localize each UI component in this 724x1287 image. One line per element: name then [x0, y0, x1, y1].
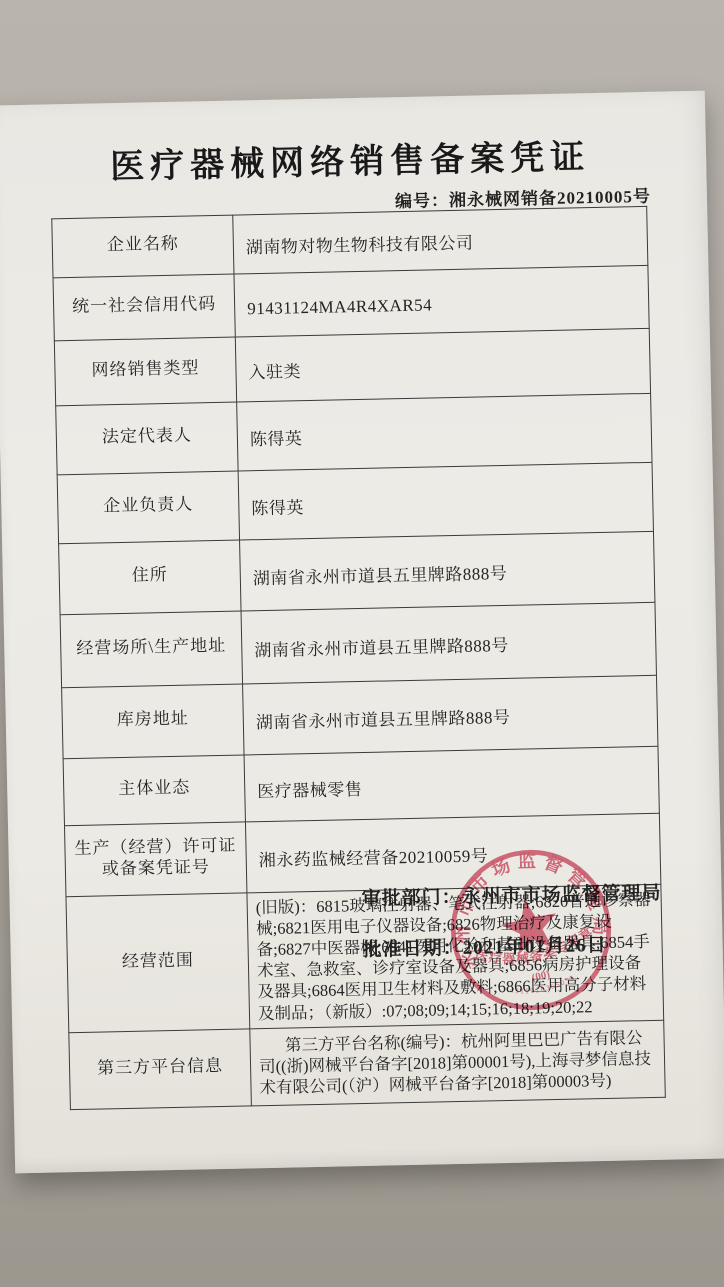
table-row: 主体业态 医疗器械零售: [63, 746, 659, 825]
serial-label: 编号：: [395, 191, 449, 211]
table-row: 企业负责人 陈得英: [57, 462, 653, 543]
field-label: 统一社会信用代码: [53, 274, 235, 341]
field-label: 企业负责人: [57, 471, 239, 544]
document-title: 医疗器械网络销售备案凭证: [0, 127, 707, 191]
field-label: 经营场所\生产地址: [60, 611, 242, 688]
field-label: 经营范围: [66, 893, 250, 1032]
field-label: 企业名称: [52, 215, 234, 278]
table-row: 第三方平台信息 第三方平台名称(编号)：杭州阿里巴巴广告有限公司((浙)网械平台…: [69, 1020, 665, 1109]
field-value: 陈得英: [237, 393, 652, 471]
seal-sub-text: (00): [531, 969, 552, 985]
field-label: 库房地址: [62, 684, 244, 759]
certificate-paper: 医疗器械网络销售备案凭证 编号：湘永械网销备20210005号 企业名称 湖南物…: [0, 91, 724, 1174]
field-label: 住所: [59, 540, 241, 615]
field-label: 生产（经营）许可证或备案凭证号: [64, 822, 246, 897]
field-value: 湖南省永州市道县五里牌路888号: [241, 602, 656, 684]
field-label: 法定代表人: [56, 402, 238, 475]
field-value: 湖南物对物生物科技有限公司: [233, 206, 648, 274]
field-value: 入驻类: [235, 328, 650, 402]
table-row: 法定代表人 陈得英: [56, 393, 652, 474]
photo-background: 医疗器械网络销售备案凭证 编号：湘永械网销备20210005号 企业名称 湖南物…: [0, 0, 724, 1287]
field-value: 湖南省永州市道县五里牌路888号: [243, 675, 658, 755]
field-value: 医疗器械零售: [244, 746, 659, 822]
field-value: 第三方平台名称(编号)：杭州阿里巴巴广告有限公司((浙)网械平台备字[2018]…: [250, 1020, 666, 1106]
table-row: 经营场所\生产地址 湖南省永州市道县五里牌路888号: [60, 602, 656, 687]
field-label: 网络销售类型: [54, 337, 236, 406]
field-label: 第三方平台信息: [69, 1029, 252, 1110]
table-row: 网络销售类型 入驻类: [54, 328, 650, 405]
official-seal-stamp: 永州市市场监督管理局 医疗器械备案专用章 (00) 4311020365053: [431, 830, 630, 1029]
field-value: 湖南省永州市道县五里牌路888号: [240, 531, 655, 611]
table-row: 库房地址 湖南省永州市道县五里牌路888号: [62, 675, 658, 758]
field-label: 主体业态: [63, 755, 245, 826]
table-row: 住所 湖南省永州市道县五里牌路888号: [59, 531, 655, 614]
field-value: 91431124MA4R4XAR54: [234, 265, 649, 337]
field-value: 陈得英: [238, 462, 653, 540]
